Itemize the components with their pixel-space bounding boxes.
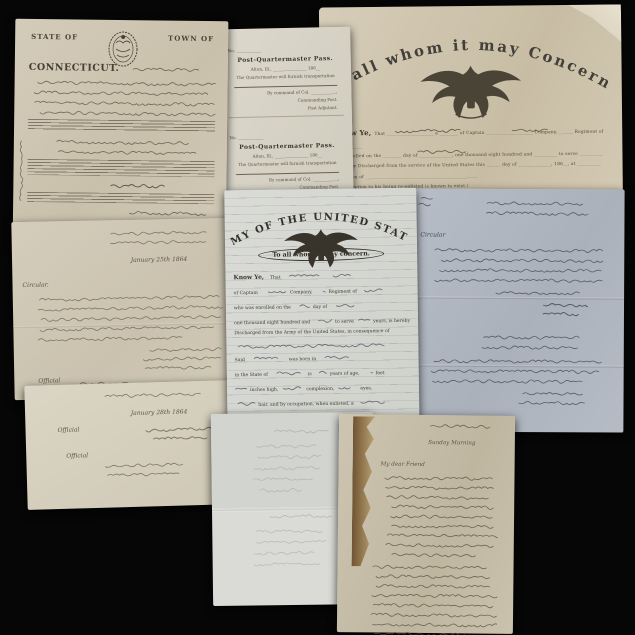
letter-body-handwriting (369, 560, 498, 635)
faint-handwriting (250, 524, 327, 569)
signature-block (102, 458, 184, 478)
connecticut-label: CONNECTICUT. (29, 62, 120, 74)
document-quartermaster-pass-forms: No. ____________ Post-Quartermaster Pass… (219, 27, 354, 216)
print-fragment: to serve (335, 320, 354, 325)
handwritten-entry (271, 369, 305, 375)
document-army-discharge: ARMY OF THE UNITED STATES. To all whom i… (224, 188, 420, 445)
body-line (234, 341, 410, 349)
print-fragment: is (308, 373, 312, 378)
signature (103, 180, 166, 190)
pass-form-section: No. ____________ Post-Quartermaster Pass… (227, 33, 344, 118)
body-line: Said was born in (235, 353, 411, 364)
handwritten-entry (235, 385, 247, 391)
body-line: hair, and by occupation, when enlisted, … (235, 397, 411, 408)
fine-print-paragraph (27, 192, 214, 204)
form-header: Post-Quartermaster Pass. (228, 55, 343, 64)
salutation-text: My dear Friend (381, 462, 425, 468)
fine-print-paragraph (27, 159, 214, 177)
headquarters-heading (484, 197, 594, 218)
signature-block (540, 299, 588, 317)
adjutant-line: Post Adjutant. (229, 105, 344, 112)
circular-label-row: Circular (420, 221, 612, 241)
endorsement-handwriting (428, 355, 602, 386)
blank-line (236, 167, 339, 175)
form-header: Post-Quartermaster Pass. (229, 142, 344, 151)
handwritten-entry (261, 287, 287, 293)
headquarters-heading (478, 331, 586, 352)
body-line: inches high, complexion, eyes, (235, 383, 411, 394)
handwritten-entry (357, 398, 387, 404)
print-fragment: one thousand eight hundred and (234, 321, 310, 327)
handwritten-entry (331, 272, 359, 278)
command-line: By command of Col. ____________, (230, 176, 345, 183)
command-line: By command of Col. ____________, (228, 89, 343, 96)
handwritten-entry (319, 354, 357, 361)
print-fragment: of Captain (234, 292, 258, 297)
blank-line (234, 80, 337, 88)
handwritten-entry (315, 287, 325, 293)
form-dateline: Alton, Ill., ________________ 186__ (230, 152, 345, 159)
print-fragment: years, is hereby (373, 319, 410, 324)
handwriting-lines (32, 76, 215, 118)
document-endorsement-sheet: January 28th 1864 Official Official (24, 380, 235, 510)
official-label: Official (38, 377, 60, 384)
handwritten-entry (363, 368, 373, 374)
circular-label: Circular (420, 231, 445, 238)
print-fragment: eyes, (360, 387, 372, 392)
docket-scribble (415, 194, 433, 206)
handwritten-entry (313, 316, 332, 322)
photo-of-civil-war-document-group: To all whom it may Concern, Know Ye,That… (0, 0, 635, 635)
form-number-line: No. ____________ (227, 48, 261, 54)
circular-body-handwriting (33, 290, 224, 344)
date-line: January 25th 1864 (92, 245, 226, 267)
town-of-label: TOWN OF (168, 34, 214, 44)
state-of-label: STATE OF (31, 32, 78, 42)
body-line: Discharged from the Army of the United S… (234, 330, 410, 337)
body-line: Know Ye,That ____________________ a ____… (334, 123, 608, 153)
circular-body-handwriting (434, 244, 610, 285)
eagle-icon (411, 59, 530, 120)
document-blue-circulars: Circular (407, 188, 624, 432)
damaged-edge (352, 416, 376, 566)
official-row: Official (36, 448, 224, 460)
by-command-line (490, 287, 582, 296)
body-line: one thousand eight hundred and to serve … (234, 315, 410, 326)
handwriting-lines (54, 135, 197, 157)
print-fragment: in the State of (235, 374, 268, 379)
official-label: Official (57, 426, 79, 434)
body-line: of Captain Company, Regiment of (234, 286, 410, 297)
date-text: January 25th 1864 (131, 256, 188, 264)
letter-dateline: Sunday Morning (399, 429, 505, 449)
print-fragment: years of age, (330, 373, 360, 378)
official-label: Official (66, 452, 88, 460)
handwritten-reason (234, 341, 384, 349)
print-fragment: who was enrolled on the (234, 306, 291, 311)
print-fragment: Regiment of (329, 290, 357, 295)
document-field-letter: Sunday Morning My dear Friend (337, 414, 515, 634)
form-dateline: Alton, Ill., ________________ 186__ (228, 65, 343, 72)
eagle-icon (278, 224, 365, 269)
form-number-line: No. ____________ (229, 134, 263, 140)
headquarters-heading (105, 226, 209, 246)
body-line: who was enrolled on the day of (234, 301, 410, 312)
print-fragment: day of (313, 306, 327, 311)
faint-heading (267, 425, 331, 436)
print-fragment: That (270, 277, 281, 282)
letter-body-handwriting (384, 472, 499, 560)
fine-print-paragraph (28, 119, 215, 133)
document-cavalry-circular: January 25th 1864 Circular. Official (11, 218, 238, 400)
handwritten-entry (248, 355, 286, 362)
fold-crease (408, 296, 624, 299)
print-fragment: Discharged from the Army of the United S… (234, 330, 389, 337)
print-fragment: Company, (290, 291, 313, 296)
signature (145, 423, 215, 443)
handwritten-entry (416, 147, 470, 155)
circular-label: Circular. (22, 281, 48, 289)
commanding-post-line: Commanding Post. (229, 97, 344, 104)
body-line: in the State of is years of age, feet (235, 368, 411, 379)
body-line: Know Ye, That (233, 271, 409, 282)
print-fragment: Said (235, 359, 245, 364)
handwritten-entry (337, 383, 357, 389)
official-row: Official (35, 422, 223, 445)
handwritten-entry (281, 384, 303, 390)
handwritten-entry (235, 400, 255, 406)
document-connecticut-certificate: STATE OF TOWN OF CONNECTICUT. (13, 19, 229, 248)
handwritten-entry (360, 286, 384, 292)
print-fragment: feet (376, 372, 385, 377)
form-order-line: The Quartermaster will furnish transport… (230, 160, 345, 167)
date-line: January 28th 1864 (95, 397, 223, 420)
know-ye-label: Know Ye, (233, 275, 264, 281)
signature-block (142, 343, 223, 372)
handwritten-entry (330, 301, 358, 307)
dateline-text: Sunday Morning (428, 440, 475, 446)
print-fragment: hair, and by occupation, when enlisted, … (258, 402, 354, 408)
handwritten-entry (510, 125, 556, 132)
print-fragment: complexion, (306, 388, 334, 393)
handwritten-entry (284, 272, 328, 279)
faint-handwriting (251, 439, 322, 495)
marginal-handwriting (18, 138, 27, 208)
date-text: January 28th 1864 (131, 408, 188, 417)
document-discharge-certificate: To all whom it may Concern, Know Ye,That… (319, 4, 623, 216)
print-fragment: was born in (289, 358, 316, 363)
print-fragment: inches high, (250, 388, 278, 393)
handwritten-entry (357, 316, 370, 322)
form-order-line: The Quartermaster will furnish transport… (228, 73, 343, 80)
handwritten-town-name (129, 64, 203, 73)
salutation-row: My dear Friend (381, 451, 505, 471)
handwritten-name (390, 126, 460, 134)
handwritten-entry (315, 369, 327, 375)
signature-block (515, 388, 591, 406)
circular-label-row: Circular. (22, 268, 226, 291)
handwritten-entry (294, 302, 310, 308)
